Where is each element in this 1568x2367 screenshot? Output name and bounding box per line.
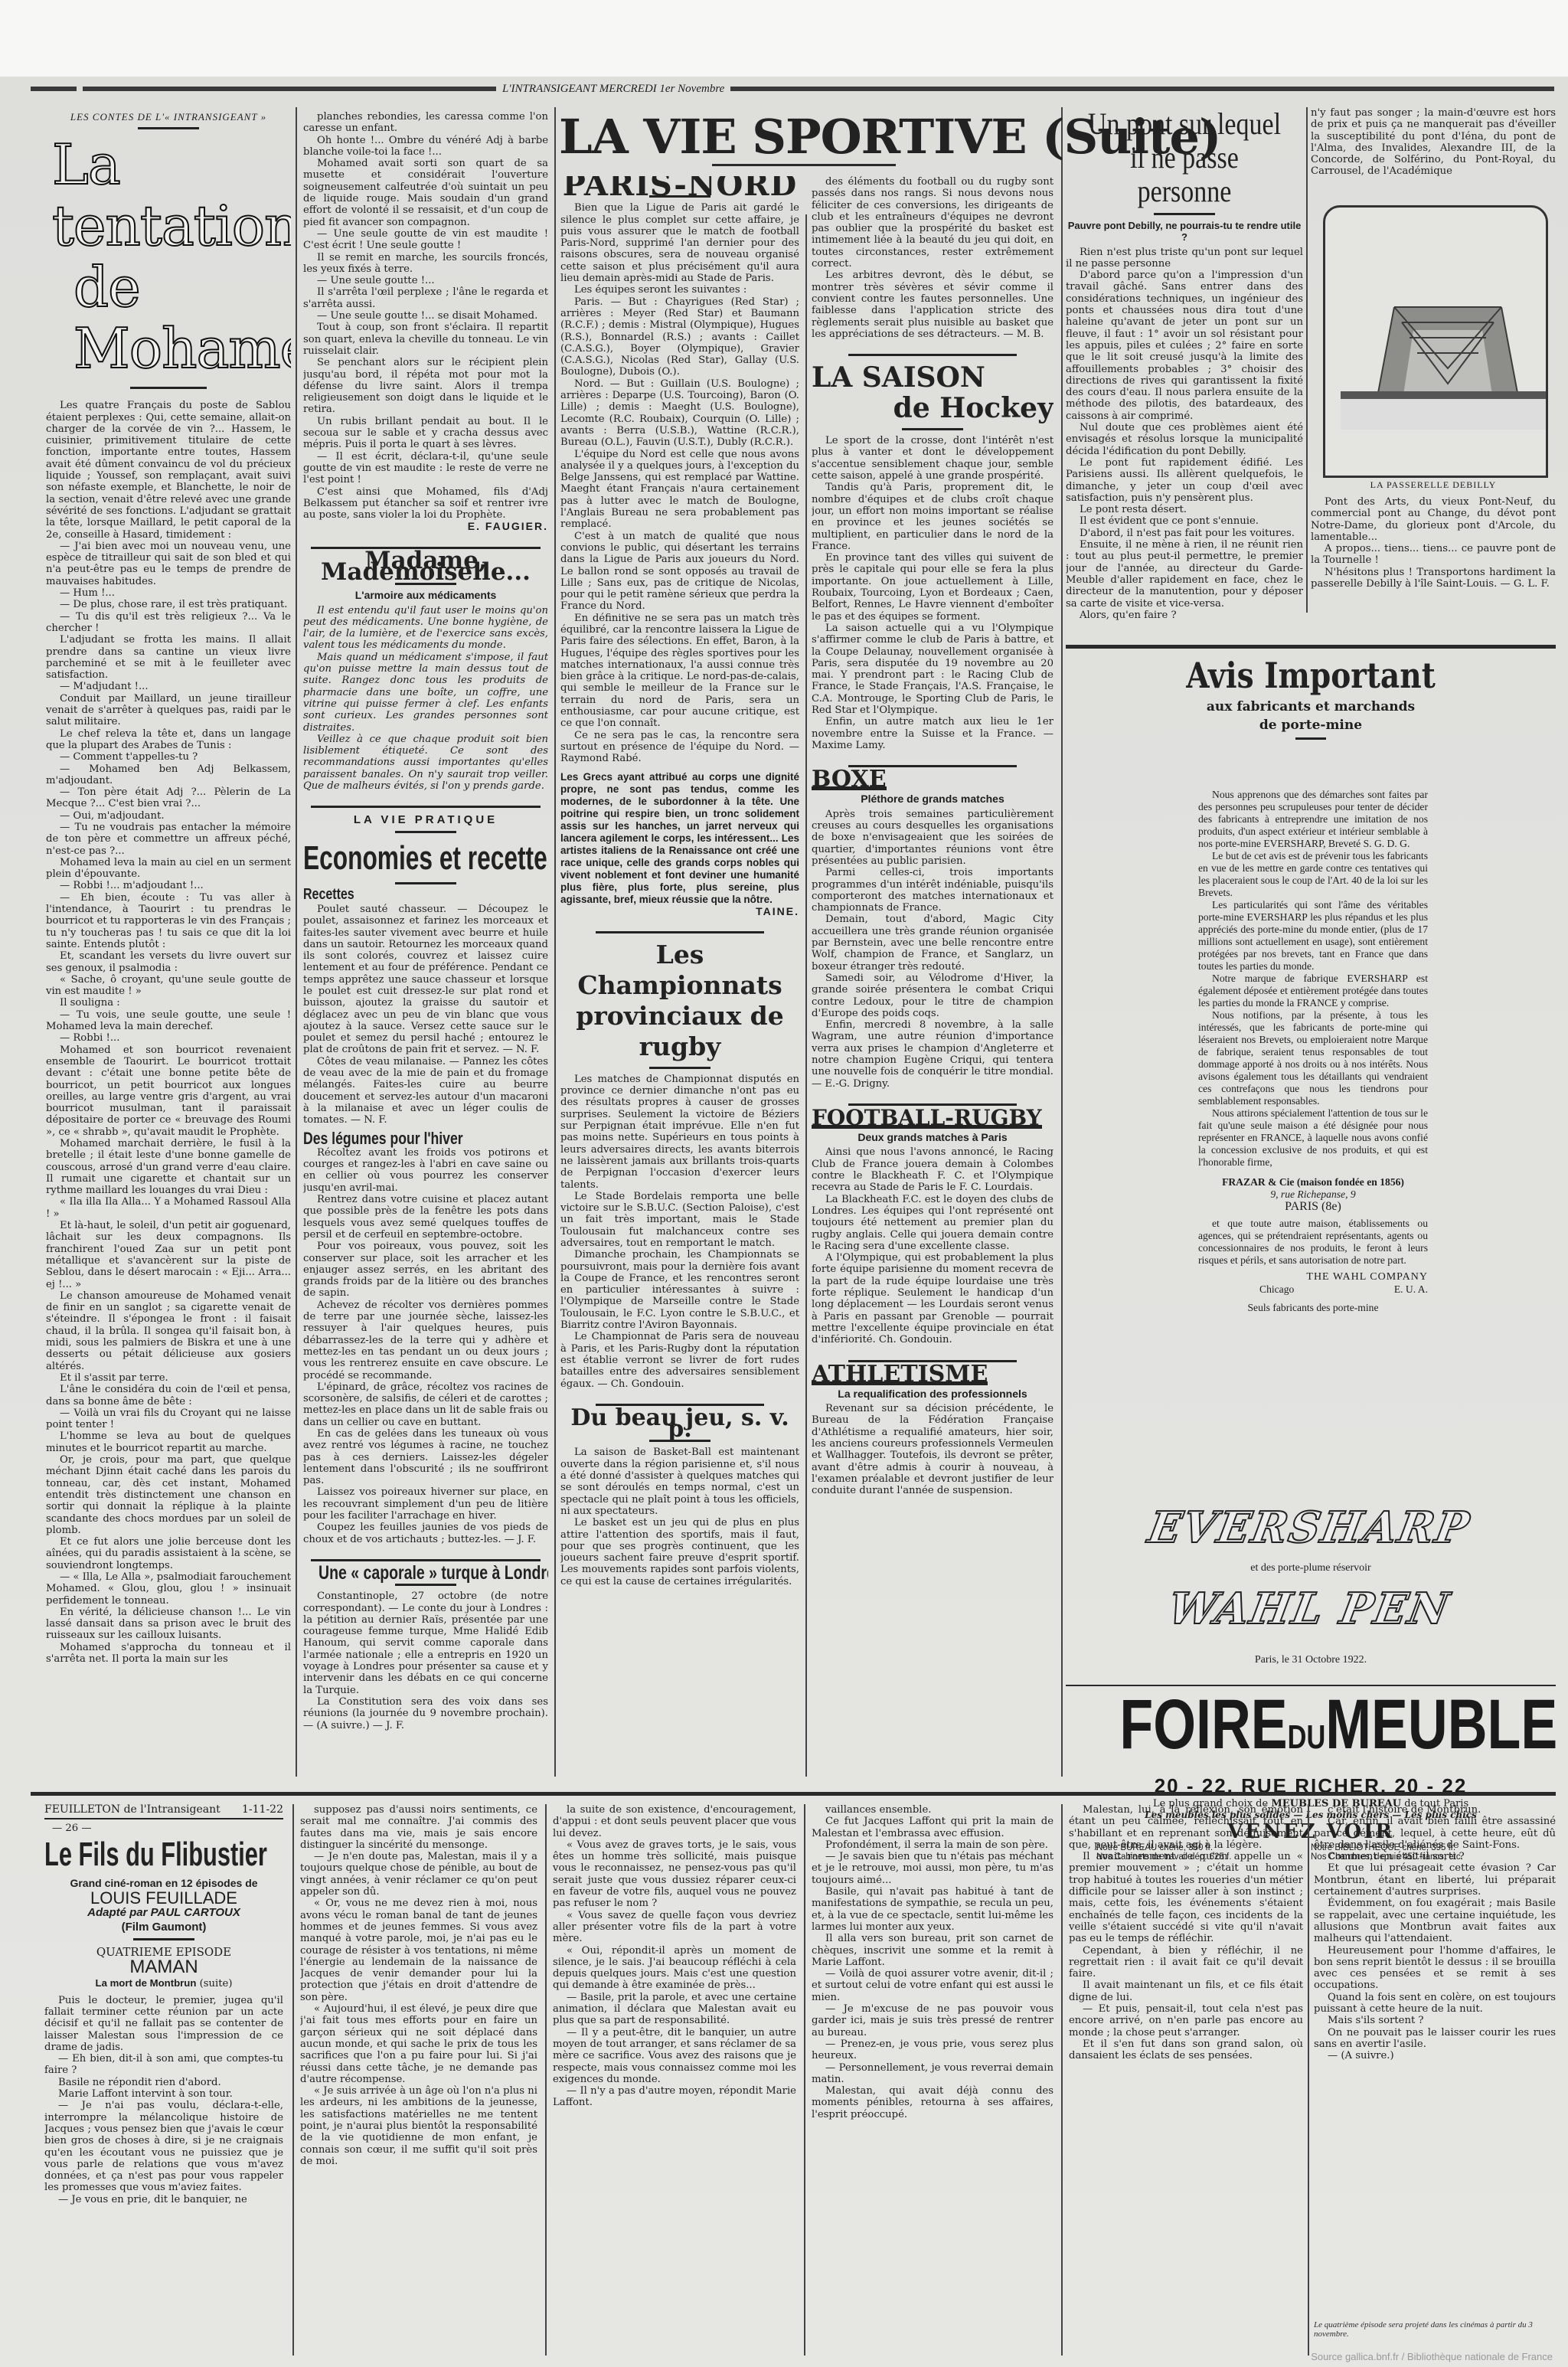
paragraph: Quand la fois sent en colère, on est tou… <box>1314 1992 1556 2016</box>
paragraph: Ce ne sera pas le cas, la rencontre sera… <box>560 730 799 765</box>
story-title-line1: La tentation <box>52 134 291 257</box>
football-rugby-title: FOOTBALL-RUGBY <box>812 1112 1042 1129</box>
football-rugby-subtitle: Deux grands matches à Paris <box>812 1132 1053 1143</box>
sport-banner: LA VIE SPORTIVE (Suite) <box>559 109 1057 165</box>
divider <box>649 1067 710 1069</box>
masthead-rule <box>730 87 1554 91</box>
divider <box>130 387 207 389</box>
paragraph: « Aujourd'hui, il est élevé, je peux dir… <box>300 2003 537 2085</box>
beau-jeu-body: La saison de Basket-Ball est maintenant … <box>560 1447 799 1587</box>
paragraph: — M'adjudant !... <box>46 681 291 692</box>
paragraph: Et, scandant les versets du livre ouvert… <box>46 950 291 974</box>
feuilleton-adapter: Adapté par PAUL CARTOUX <box>44 1907 283 1918</box>
avis-body: Nous apprenons que des démarches sont fa… <box>1198 789 1428 1169</box>
paragraph: — Je savais bien que tu n'étais pas méch… <box>812 1851 1053 1886</box>
paragraph: Poulet sauté chasseur. — Découpez le pou… <box>303 904 548 1056</box>
feuilleton-column-6: c'était l'histoire de Montbrun.Car, enfi… <box>1314 1804 1556 2310</box>
paragraph: N'hésitons plus ! Transportons hardiment… <box>1311 567 1556 590</box>
sport-column-2: des éléments du football ou du rugby son… <box>812 176 1053 1777</box>
paragraph: « Ila illa Ila Alla... Y a Mohamed Rasso… <box>46 1196 291 1220</box>
paragraph: — Oui, m'adjoudant. <box>46 810 291 822</box>
feuilleton-text: vaillances ensemble.Ce fut Jacques Laffo… <box>812 1804 1053 2120</box>
paragraph: On ne pouvait pas le laisser courir les … <box>1314 2027 1556 2051</box>
hockey-title-line1: LA SAISON <box>812 362 1053 393</box>
pont-title-line2: il ne passe personne <box>1083 141 1285 208</box>
paragraph: Ce fut Jacques Laffont qui prit la main … <box>812 1816 1053 1839</box>
legumes-heading: Des légumes pour l'hiver <box>303 1133 499 1144</box>
beau-jeu-title: Du beau jeu, s. v. p. <box>560 1412 799 1436</box>
column-divider <box>296 107 297 1777</box>
avis-subtitle-2: de porte-mine <box>1066 718 1556 733</box>
feuilleton-text: la suite de son existence, d'encourageme… <box>553 1804 796 2109</box>
paragraph: planches rebondies, les caressa comme l'… <box>303 111 548 135</box>
athletisme-subtitle: La requalification des professionnels <box>812 1388 1053 1400</box>
paragraph: En cas de gelées dans les tuneaux où vou… <box>303 1428 548 1486</box>
paragraph: des éléments du football ou du rugby son… <box>812 176 1053 270</box>
paragraph: Dimanche prochain, les Championnats se p… <box>560 1249 799 1331</box>
feuilleton-column-3: la suite de son existence, d'encourageme… <box>553 1804 796 2356</box>
paragraph: — Robbi !... m'adjoudant !... <box>46 880 291 891</box>
paragraph: Laissez vos poireaux hiverner sur place,… <box>303 1486 548 1522</box>
paragraph: Rentrez dans votre cuisine et placez aut… <box>303 1194 548 1241</box>
paragraph: Basile, qui n'avait pas habitué à tant d… <box>812 1886 1053 1933</box>
boxe-body: Après trois semaines particulièrement cr… <box>812 809 1053 1090</box>
paragraph: Le Championnat de Paris sera de nouveau … <box>560 1331 799 1389</box>
feuilleton-film: (Film Gaumont) <box>44 1921 283 1933</box>
divider <box>311 1551 541 1561</box>
paragraph: Car, enfin, il avait bien failli être as… <box>1314 1816 1556 1851</box>
avis-title: Avis Important <box>1102 655 1519 696</box>
paragraph: — Et puis, pensait-il, tout cela n'est p… <box>1069 2003 1303 2038</box>
story-author: E. FAUGIER. <box>303 521 548 532</box>
taine-author: TAINE. <box>560 906 799 917</box>
paragraph: Il s'arrêta l'œil perplexe ; l'âne le re… <box>303 286 548 310</box>
feuilleton-column-5: Malestan, lui, à la réflexion, son émoti… <box>1069 1804 1303 2356</box>
story-kicker: LES CONTES DE L'« INTRANSIGEANT » <box>46 111 291 123</box>
story-body-continued: planches rebondies, les caressa comme l'… <box>303 111 548 521</box>
paragraph: Et il s'assit par terre. <box>46 1372 291 1384</box>
rugby-title-line2: provinciaux de rugby <box>560 1001 799 1062</box>
column-divider <box>545 1804 547 2356</box>
paragraph: Le chef releva la tête et, dans un langa… <box>46 728 291 752</box>
paragraph: Mais s'ils sortent ? <box>1314 2015 1556 2026</box>
pratique-title: Economies et recettes <box>303 838 546 879</box>
column-divider <box>554 107 556 1777</box>
scan-margin <box>0 0 1568 77</box>
divider <box>712 164 896 166</box>
sport-column-1: PARIS-NORD Bien que la Ligue de Paris ai… <box>560 176 799 1777</box>
paragraph: Après trois semaines particulièrement cr… <box>812 809 1053 867</box>
basket-body: des éléments du football ou du rugby son… <box>812 176 1053 340</box>
paragraph: — Je n'en doute pas, Malestan, mais il y… <box>300 1851 537 1898</box>
paragraph: — Eh bien, dit-il à son ami, que comptes… <box>44 2053 283 2077</box>
paragraph: Oh honte !... Ombre du vénéré Adj à barb… <box>303 135 548 159</box>
ad-border <box>1066 645 1556 649</box>
paragraph: L'âne le considéra du coin de l'œil et p… <box>46 1384 291 1407</box>
paragraph: Les particularités qui sont l'âme des vé… <box>1198 899 1428 973</box>
avis-firm: FRAZAR & Cie (maison fondée en 1856) <box>1198 1176 1428 1188</box>
pratique-kicker: LA VIE PRATIQUE <box>303 814 548 826</box>
story-column: LES CONTES DE L'« INTRANSIGEANT » La ten… <box>46 111 291 1780</box>
paragraph: D'abord, il n'est pas fait pour les voit… <box>1066 528 1303 539</box>
feuilleton-chapter-note: (suite) <box>200 1978 233 1989</box>
paragraph: « Vous avez de graves torts, je le sais,… <box>553 1839 796 1910</box>
divider <box>395 831 456 833</box>
divider <box>395 882 456 884</box>
paragraph: — Personnellement, je vous reverrai dema… <box>812 2062 1053 2086</box>
feuilleton-separator <box>31 1792 1556 1796</box>
paragraph: Mohamed marchait derrière, le fusil à la… <box>46 1138 291 1196</box>
paragraph: Or, je crois, pour ma part, que quelque … <box>46 1454 291 1536</box>
paragraph: Côtes de veau milanaise. — Pannez les cô… <box>303 1056 548 1126</box>
madame-subtitle: L'armoire aux médicaments <box>303 590 548 601</box>
feuilleton-column-4: vaillances ensemble.Ce fut Jacques Laffo… <box>812 1804 1053 2356</box>
paragraph: Pont des Arts, du vieux Pont-Neuf, du co… <box>1311 496 1556 543</box>
paragraph: « Or, vous ne me devez rien à moi, nous … <box>300 1898 537 2003</box>
feuilleton-text: supposez pas d'aussi noirs sentiments, c… <box>300 1804 537 2167</box>
story-body: Les quatre Français du poste de Sablou é… <box>46 400 291 1665</box>
madame-body: Il est entendu qu'il faut user le moins … <box>303 605 548 793</box>
feuilleton-label: FEUILLETON de l'Intransigeant <box>44 1804 220 1816</box>
paragraph: — Tu dis qu'il est très religieux ?... V… <box>46 611 291 635</box>
column-divider <box>1061 107 1063 1777</box>
feuilleton-text: Puis le docteur, le premier, jugea qu'il… <box>44 1995 283 2205</box>
paragraph: Il souligna : <box>46 997 291 1009</box>
paragraph: Cependant, à bien y réfléchir, il ne reg… <box>1069 1945 1303 1980</box>
feuilleton-genre: Grand ciné-roman en 12 épisodes de <box>44 1878 283 1889</box>
paragraph: — Prenez-en, je vous prie, vous serez pl… <box>812 2038 1053 2062</box>
paragraph: Le basket est un jeu qui de plus en plus… <box>560 1517 799 1587</box>
feuilleton-date: 1-11-22 <box>242 1804 283 1816</box>
paragraph: Il est évident que ce pont s'ennuie. <box>1066 515 1303 527</box>
divider <box>311 798 541 808</box>
paragraph: « Oui, répondit-il après un moment de si… <box>553 1945 796 1992</box>
feuilleton-text: c'était l'histoire de Montbrun.Car, enfi… <box>1314 1804 1556 2062</box>
paragraph: — Une seule goutte !... se disait Mohame… <box>303 310 548 322</box>
avis-date: Paris, le 31 Octobre 1922. <box>1066 1654 1556 1666</box>
pont-column-2-bottom: Pont des Arts, du vieux Pont-Neuf, du co… <box>1311 496 1556 619</box>
paragraph: Et que lui présageait cette évasion ? Ca… <box>1314 1862 1556 1898</box>
avis-address: 9, rue Richepanse, 9 <box>1198 1188 1428 1201</box>
paragraph: Conduit par Maillard, un jeune tirailleu… <box>46 693 291 728</box>
recettes-body: Poulet sauté chasseur. — Découpez le pou… <box>303 904 548 1126</box>
paragraph: Profondément, il serra la main de son pè… <box>812 1839 1053 1851</box>
paragraph: Et ce fut alors une jolie berceuse dont … <box>46 1536 291 1571</box>
paragraph: Nord. — But : Guillain (U.S. Boulogne) ;… <box>560 378 799 449</box>
foire-title: FOIREDUMEUBLE <box>1119 1688 1501 1774</box>
paragraph: « Je suis arrivée à un âge où l'on n'a p… <box>300 2085 537 2167</box>
paragraph: Nul doute que ces problèmes aient été en… <box>1066 422 1303 457</box>
paragraph: L'épinard, de grâce, récoltez vos racine… <box>303 1381 548 1428</box>
paragraph: — J'ai bien avec moi un nouveau venu, un… <box>46 541 291 587</box>
taine-quote: Les Grecs ayant attribué au corps une di… <box>560 771 799 906</box>
paragraph: Le chanson amoureuse de Mohamed venait d… <box>46 1290 291 1372</box>
paragraph: vaillances ensemble. <box>812 1804 1053 1816</box>
paragraph: Mohamed avait sorti son quart de sa muse… <box>303 158 548 228</box>
column-divider <box>805 214 807 1777</box>
wahl-pen-logo: WAHL PEN <box>1098 1584 1521 1634</box>
divider <box>902 428 963 430</box>
feuilleton-chapter: La mort de Montbrun <box>96 1977 197 1989</box>
paragraph: — « Illa, Le Alla », psalmodiait farouch… <box>46 1571 291 1607</box>
story-title-line2: de Mohamed <box>73 257 291 379</box>
pont-column-1: Un pont sur lequel il ne passe personne … <box>1066 107 1303 620</box>
parisnord-title: PARIS-NORD <box>560 179 799 191</box>
paragraph: Il est entendu qu'il faut user le moins … <box>303 605 548 652</box>
paragraph: — De plus, chose rare, il est très prati… <box>46 599 291 610</box>
feuilleton-episode-title: MAMAN <box>44 1961 283 1973</box>
masthead-rule <box>83 87 496 91</box>
feuilleton-author: LOUIS FEUILLADE <box>44 1892 283 1904</box>
paragraph: Demain, tout d'abord, Magic City accueil… <box>812 914 1053 972</box>
paragraph: Un rubis brillant pendait au bout. Il le… <box>303 416 548 451</box>
paragraph: Heureusement pour l'homme d'affaires, le… <box>1314 1945 1556 1992</box>
paragraph: la suite de son existence, d'encourageme… <box>553 1804 796 1839</box>
feuilleton-footnote: Le quatrième épisode sera projeté dans l… <box>1314 2320 1556 2339</box>
paragraph: — Il y a peut-être, dit le banquier, un … <box>553 2027 796 2085</box>
paragraph: Il avait rarement ce qu'on appelle un « … <box>1069 1851 1303 1944</box>
paragraph: « Sache, ô croyant, qu'une seule goutte … <box>46 974 291 998</box>
paragraph: — Eh bien, écoute : Tu vas aller à l'int… <box>46 892 291 950</box>
pont-title-line1: Un pont sur lequel <box>1083 107 1285 141</box>
paragraph: Paris. — But : Chayrigues (Red Star) ; a… <box>560 296 799 378</box>
rugby-title-line1: Les Championnats <box>560 940 799 1001</box>
paragraph: Ainsi que nous l'avons annoncé, le Racin… <box>812 1146 1053 1193</box>
paragraph: — Robbi !... <box>46 1032 291 1044</box>
paragraph: La saison de Basket-Ball est maintenant … <box>560 1447 799 1517</box>
avis-city: PARIS (8e) <box>1198 1201 1428 1213</box>
athletisme-body: Revenant sur sa décision précédente, le … <box>812 1403 1053 1496</box>
paragraph: — Une seule goutte de vin est maudite ! … <box>303 228 548 252</box>
hockey-body: Le sport de la crosse, dont l'intérêt n'… <box>812 435 1053 751</box>
paragraph: Le Stade Bordelais remporta une belle vi… <box>560 1191 799 1249</box>
parisnord-body: Bien que la Ligue de Paris ait gardé le … <box>560 202 799 764</box>
caporale-title: Une « caporale » turque à Londres <box>318 1568 498 1579</box>
column-divider <box>1308 1804 1309 2356</box>
paragraph: — Je n'ai pas voulu, déclara-t-elle, int… <box>44 2100 283 2193</box>
paragraph: Mais quand un médicament s'impose, il fa… <box>303 652 548 734</box>
paragraph: Achevez de récolter vos dernières pommes… <box>303 1300 548 1381</box>
hockey-title-line2: de Hockey <box>812 393 1053 423</box>
paragraph: Enfin, un autre match aux lieu le 1er no… <box>812 716 1053 751</box>
boxe-subtitle: Pléthore de grands matches <box>812 793 1053 805</box>
paragraph: Enfin, mercredi 8 novembre, à la salle W… <box>812 1019 1053 1090</box>
legumes-body: Récoltez avant les froids vos potirons e… <box>303 1147 548 1545</box>
source-credit: Source gallica.bnf.fr / Bibliothèque nat… <box>1311 2351 1553 2362</box>
avis-ad: Avis Important aux fabricants et marchan… <box>1066 655 1556 744</box>
column-divider <box>1306 107 1308 613</box>
paragraph: Revenant sur sa décision précédente, le … <box>812 1403 1053 1496</box>
paragraph: En définitive ne se sera pas un match tr… <box>560 613 799 730</box>
paragraph: Et il s'en fut dans son grand salon, où … <box>1069 2038 1303 2062</box>
column-divider <box>1061 1804 1063 2356</box>
divider <box>1154 213 1215 215</box>
foire-title-a: FOIRE <box>1119 1685 1287 1764</box>
avis-company-location: Chicago E. U. A. <box>1198 1283 1428 1296</box>
paragraph: Les quatre Français du poste de Sablou é… <box>46 400 291 541</box>
pont-subtitle: Pauvre pont Debilly, ne pourrais-tu te r… <box>1066 220 1303 244</box>
paragraph: La Blackheath F.C. est le doyen des club… <box>812 1194 1053 1252</box>
paragraph: A l'Olympique, qui est probablement la p… <box>812 1252 1053 1345</box>
paragraph: « Vous savez de quelle façon vous devrie… <box>553 1910 796 1945</box>
bridge-photo <box>1323 205 1548 478</box>
paragraph: — Voilà un vrai fils du Croyant qui ne l… <box>46 1407 291 1431</box>
paragraph: Veillez à ce que chaque produit soit bie… <box>303 734 548 792</box>
paragraph: Évidemment, on fou exagérait ; mais Basi… <box>1314 1898 1556 1944</box>
paragraph: Nous attirons spécialement l'attention d… <box>1198 1107 1428 1169</box>
paragraph: Notre marque de fabrique EVERSHARP est é… <box>1198 973 1428 1009</box>
feuilleton-column-1: FEUILLETON de l'Intransigeant 1-11-22 — … <box>44 1804 283 2356</box>
pont-continued-top: n'y faut pas songer ; la main-d'œuvre es… <box>1311 107 1556 178</box>
paragraph: En vérité, la délicieuse chanson !... Le… <box>46 1607 291 1642</box>
divider <box>395 1584 456 1586</box>
pont-continued-bottom: Pont des Arts, du vieux Pont-Neuf, du co… <box>1311 496 1556 590</box>
paragraph: Parmi celles-ci, trois importants progra… <box>812 867 1053 914</box>
newspaper-page: L'INTRANSIGEANT MERCREDI 1er Novembre LE… <box>0 0 1568 2367</box>
paragraph: Malestan, qui avait déjà connu des momen… <box>812 2085 1053 2120</box>
paragraph: Le pont fut rapidement édifié. Les Paris… <box>1066 457 1303 504</box>
pont-body: Rien n'est plus triste qu'un pont sur le… <box>1066 247 1303 620</box>
recettes-heading: Recettes <box>303 889 499 901</box>
avis-seuls: Seuls fabricants des porte-mine <box>1198 1302 1428 1314</box>
avis-company: THE WAHL COMPANY <box>1198 1271 1428 1283</box>
paragraph: — Il n'y a pas d'autre moyen, répondit M… <box>553 2085 796 2109</box>
paragraph: Et là-haut, le soleil, d'un petit air go… <box>46 1220 291 1290</box>
paragraph: Les arbitres devront, dès le début, se m… <box>812 270 1053 340</box>
paragraph: — Comment t'appelles-tu ? <box>46 751 291 763</box>
rugby-body: Les matches de Championnat disputés en p… <box>560 1074 799 1390</box>
avis-body-column: Nous apprenons que des démarches sont fa… <box>1198 789 1428 1317</box>
paragraph: Basile ne répondit rien d'abord. <box>44 2077 283 2088</box>
paragraph: L'homme se leva au bout de quelques minu… <box>46 1430 291 1454</box>
paragraph: Nous apprenons que des démarches sont fa… <box>1198 789 1428 850</box>
feuilleton-header: FEUILLETON de l'Intransigeant 1-11-22 <box>44 1804 283 1819</box>
paragraph: — Tu vois, une seule goutte, une seule !… <box>46 1009 291 1033</box>
boxe-title: BOXE <box>812 773 887 790</box>
paragraph: — Hum !... <box>46 587 291 599</box>
paragraph: Ensuite, il ne mène à rien, il ne réunit… <box>1066 539 1303 610</box>
paragraph: — Tu ne voudrais pas entacher la mémoire… <box>46 822 291 857</box>
paragraph: C'est ainsi que Mohamed, fils d'Adj Belk… <box>303 486 548 521</box>
paragraph: Pour vos poireaux, vous pouvez, soit les… <box>303 1241 548 1299</box>
paragraph: Comment en était-il sorti ? <box>1314 1851 1556 1862</box>
paragraph: Coupez les feuilles jaunies de vos pieds… <box>303 1522 548 1545</box>
paragraph: — Une seule goutte !... <box>303 275 548 286</box>
column-divider <box>804 1804 805 2356</box>
feuilleton-title: Le Fils du Flibustier <box>44 1835 283 1875</box>
paragraph: c'était l'histoire de Montbrun. <box>1314 1804 1556 1816</box>
paragraph: Le pont resta désert. <box>1066 504 1303 515</box>
paragraph: A propos... tiens... tiens... ce pauvre … <box>1311 543 1556 567</box>
story-column-2: planches rebondies, les caressa comme l'… <box>303 111 548 1780</box>
masthead-title: L'INTRANSIGEANT MERCREDI 1er Novembre <box>502 83 724 96</box>
paragraph: Marie Laffont intervint à son tour. <box>44 2088 283 2100</box>
paragraph: — Je m'excuse de ne pas pouvoir vous gar… <box>812 2003 1053 2038</box>
paragraph: Alors, qu'en faire ? <box>1066 610 1303 620</box>
football-rugby-body: Ainsi que nous l'avons annoncé, le Racin… <box>812 1146 1053 1345</box>
paragraph: Bien que la Ligue de Paris ait gardé le … <box>560 202 799 284</box>
paragraph: L'adjudant se frotta les mains. Il allai… <box>46 634 291 681</box>
paragraph: Mohamed leva la main au ciel en un serme… <box>46 857 291 881</box>
avis-company-country: E. U. A. <box>1394 1283 1428 1296</box>
paragraph: Les équipes seront les suivantes : <box>560 284 799 296</box>
caporale-body: Constantinople, 27 octobre (de notre cor… <box>303 1591 548 1731</box>
paragraph: En province tant des villes qui suivent … <box>812 552 1053 623</box>
paragraph: Le but de cet avis est de prévenir tous … <box>1198 850 1428 899</box>
eversharp-logo: EVERSHARP <box>1098 1502 1521 1553</box>
foire-title-b: MEUBLE <box>1325 1685 1557 1764</box>
divider <box>848 346 1017 356</box>
paragraph: — Ton père était Adj ?... Pèlerin de La … <box>46 786 291 810</box>
paragraph: La saison actuelle qui a vu l'Olympique … <box>812 623 1053 716</box>
paragraph: Il alla vers son bureau, prit son carnet… <box>812 1933 1053 1968</box>
paragraph: C'est à un match de qualité que nous con… <box>560 531 799 613</box>
foire-title-du: DU <box>1288 1718 1326 1756</box>
paragraph: — Il est écrit, déclara-t-il, qu'une seu… <box>303 451 548 486</box>
paragraph: Il se remit en marche, les sourcils fron… <box>303 252 548 276</box>
paragraph: La Constitution sera des voix dans ses r… <box>303 1696 548 1731</box>
photo-caption: LA PASSERELLE DEBILLY <box>1311 479 1556 491</box>
divider <box>848 1096 1017 1106</box>
paragraph: Malestan, lui, à la réflexion, son émoti… <box>1069 1804 1303 1851</box>
paragraph: Le sport de la crosse, dont l'intérêt n'… <box>812 435 1053 482</box>
avis-closing: et que toute autre maison, établissement… <box>1198 1218 1428 1267</box>
paragraph: Rien n'est plus triste qu'un pont sur le… <box>1066 247 1303 270</box>
paragraph: — Voilà de quoi assurer votre avenir, di… <box>812 1968 1053 2003</box>
paragraph: — (A suivre.) <box>1314 2050 1556 2061</box>
column-divider <box>292 1804 294 2356</box>
masthead-rule <box>31 87 77 91</box>
paragraph: Tout à coup, son front s'éclaira. Il rep… <box>303 322 548 357</box>
divider <box>1295 737 1326 740</box>
paragraph: supposez pas d'aussi noirs sentiments, c… <box>300 1804 537 1851</box>
avis-subtitle-1: aux fabricants et marchands <box>1066 699 1556 714</box>
divider <box>596 924 764 933</box>
paragraph: Constantinople, 27 octobre (de notre cor… <box>303 1591 548 1696</box>
madame-title: Madame, Mademoiselle... <box>303 555 548 579</box>
feuilleton-number: — 26 — <box>52 1823 283 1834</box>
divider <box>138 127 199 129</box>
paragraph: Il avait maintenant un fils, et ce fils … <box>1069 1980 1303 2003</box>
feuilleton-column-2: supposez pas d'aussi noirs sentiments, c… <box>300 1804 537 2356</box>
paragraph: — Je vous en prie, dit le banquier, ne <box>44 2194 283 2205</box>
avis-company-city: Chicago <box>1259 1283 1294 1296</box>
avis-between: et des porte-plume réservoir <box>1066 1562 1556 1574</box>
paragraph: Se penchant alors sur le récipient plein… <box>303 357 548 415</box>
masthead: L'INTRANSIGEANT MERCREDI 1er Novembre <box>31 80 1554 97</box>
paragraph: Tandis qu'à Paris, proprement dit, le no… <box>812 482 1053 552</box>
paragraph: Samedi soir, au Vélodrome d'Hiver, la gr… <box>812 973 1053 1019</box>
paragraph: — Mohamed ben Adj Belkassem, m'adjoudant… <box>46 763 291 787</box>
paragraph: Les matches de Championnat disputés en p… <box>560 1074 799 1191</box>
paragraph: Récoltez avant les froids vos potirons e… <box>303 1147 548 1194</box>
feuilleton-text: Malestan, lui, à la réflexion, son émoti… <box>1069 1804 1303 2062</box>
athletisme-title: ATHLETISME <box>812 1368 988 1385</box>
divider <box>133 1938 194 1940</box>
paragraph: Nous notifions, par la présente, à tous … <box>1198 1009 1428 1107</box>
paragraph: Puis le docteur, le premier, jugea qu'il… <box>44 1995 283 2053</box>
paragraph: L'équipe du Nord est celle que nous avon… <box>560 449 799 531</box>
paragraph: Mohamed s'approcha du tonneau et il s'ar… <box>46 1642 291 1666</box>
bridge-image <box>1341 276 1548 430</box>
paragraph: Mohamed et son bourricot revenaient ense… <box>46 1045 291 1138</box>
paragraph: — Basile, prit la parole, et avec une ce… <box>553 1992 796 2027</box>
paragraph: D'abord parce qu'on a l'impression d'un … <box>1066 270 1303 422</box>
